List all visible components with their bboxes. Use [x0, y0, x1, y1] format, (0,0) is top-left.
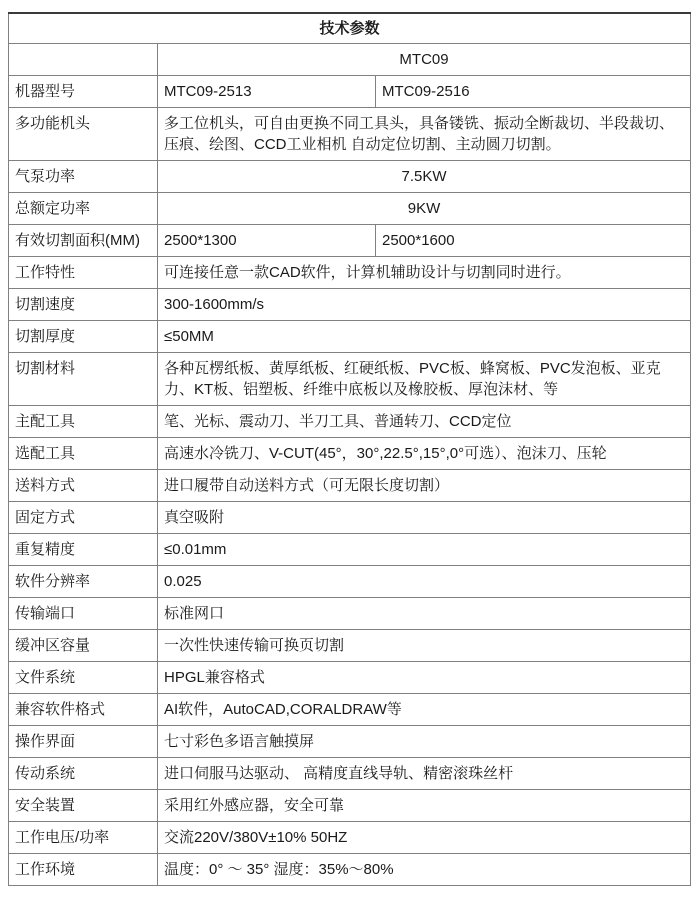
row-value: 一次性快速传输可换页切割 [158, 630, 691, 662]
row-label: 文件系统 [9, 662, 158, 694]
row-value: 笔、光标、震动刀、半刀工具、普通转刀、CCD定位 [158, 406, 691, 438]
row-label: 有效切割面积(MM) [9, 225, 158, 257]
row-label: 多功能机头 [9, 108, 158, 161]
row-value: 标准网口 [158, 598, 691, 630]
row-value: HPGL兼容格式 [158, 662, 691, 694]
table-title: 技术参数 [9, 13, 691, 44]
table-row: 固定方式真空吸附 [9, 502, 691, 534]
spec-table-body: MTC09机器型号MTC09-2513MTC09-2516多功能机头多工位机头，… [9, 44, 691, 886]
row-value: 采用红外感应器，安全可靠 [158, 790, 691, 822]
row-value-left: MTC09-2513 [158, 76, 376, 108]
row-label: 切割材料 [9, 353, 158, 406]
table-row: MTC09 [9, 44, 691, 76]
row-label: 缓冲区容量 [9, 630, 158, 662]
table-row: 文件系统HPGL兼容格式 [9, 662, 691, 694]
row-label [9, 44, 158, 76]
table-row: 送料方式进口履带自动送料方式（可无限长度切割） [9, 470, 691, 502]
page: 技术参数 MTC09机器型号MTC09-2513MTC09-2516多功能机头多… [0, 0, 700, 901]
table-row: 总额定功率9KW [9, 193, 691, 225]
table-row: 软件分辨率0.025 [9, 566, 691, 598]
spec-table-head: 技术参数 [9, 13, 691, 44]
table-row: 安全装置采用红外感应器，安全可靠 [9, 790, 691, 822]
table-row: 兼容软件格式AI软件，AutoCAD,CORALDRAW等 [9, 694, 691, 726]
row-value-left: 2500*1300 [158, 225, 376, 257]
table-row: 工作环境温度：0° ～ 35° 湿度：35%～80% [9, 854, 691, 886]
table-row: 缓冲区容量一次性快速传输可换页切割 [9, 630, 691, 662]
row-value: 多工位机头，可自由更换不同工具头，具备镂铣、振动全断裁切、半段裁切、压痕、绘图、… [158, 108, 691, 161]
table-title-row: 技术参数 [9, 13, 691, 44]
row-label: 工作特性 [9, 257, 158, 289]
row-label: 工作电压/功率 [9, 822, 158, 854]
row-value: AI软件，AutoCAD,CORALDRAW等 [158, 694, 691, 726]
table-row: 工作特性可连接任意一款CAD软件，计算机辅助设计与切割同时进行。 [9, 257, 691, 289]
table-row: 有效切割面积(MM)2500*13002500*1600 [9, 225, 691, 257]
row-label: 固定方式 [9, 502, 158, 534]
row-value: 7.5KW [158, 161, 691, 193]
table-row: 选配工具高速水冷铣刀、V-CUT(45°，30°,22.5°,15°,0°可选）… [9, 438, 691, 470]
row-value: ≤50MM [158, 321, 691, 353]
row-label: 兼容软件格式 [9, 694, 158, 726]
table-row: 重复精度≤0.01mm [9, 534, 691, 566]
row-value: ≤0.01mm [158, 534, 691, 566]
table-row: 切割速度300-1600mm/s [9, 289, 691, 321]
table-row: 工作电压/功率交流220V/380V±10% 50HZ [9, 822, 691, 854]
row-value-right: 2500*1600 [376, 225, 691, 257]
row-label: 送料方式 [9, 470, 158, 502]
row-value: 9KW [158, 193, 691, 225]
row-label: 切割厚度 [9, 321, 158, 353]
row-label: 机器型号 [9, 76, 158, 108]
row-value: MTC09 [158, 44, 691, 76]
row-label: 主配工具 [9, 406, 158, 438]
table-row: 传输端口标准网口 [9, 598, 691, 630]
row-label: 安全装置 [9, 790, 158, 822]
row-value: 300-1600mm/s [158, 289, 691, 321]
row-value: 各种瓦楞纸板、黄厚纸板、红硬纸板、PVC板、蜂窝板、PVC发泡板、亚克力、KT板… [158, 353, 691, 406]
row-label: 软件分辨率 [9, 566, 158, 598]
table-row: 气泵功率7.5KW [9, 161, 691, 193]
row-label: 重复精度 [9, 534, 158, 566]
row-label: 工作环境 [9, 854, 158, 886]
row-value: 七寸彩色多语言触摸屏 [158, 726, 691, 758]
row-value: 交流220V/380V±10% 50HZ [158, 822, 691, 854]
row-value: 进口伺服马达驱动、 高精度直线导轨、精密滚珠丝杆 [158, 758, 691, 790]
row-value: 高速水冷铣刀、V-CUT(45°，30°,22.5°,15°,0°可选）、泡沫刀… [158, 438, 691, 470]
row-value: 温度：0° ～ 35° 湿度：35%～80% [158, 854, 691, 886]
table-row: 主配工具笔、光标、震动刀、半刀工具、普通转刀、CCD定位 [9, 406, 691, 438]
row-value: 可连接任意一款CAD软件，计算机辅助设计与切割同时进行。 [158, 257, 691, 289]
spec-table: 技术参数 MTC09机器型号MTC09-2513MTC09-2516多功能机头多… [8, 12, 691, 886]
row-label: 选配工具 [9, 438, 158, 470]
row-label: 传输端口 [9, 598, 158, 630]
table-row: 切割厚度≤50MM [9, 321, 691, 353]
table-row: 多功能机头多工位机头，可自由更换不同工具头，具备镂铣、振动全断裁切、半段裁切、压… [9, 108, 691, 161]
table-row: 传动系统进口伺服马达驱动、 高精度直线导轨、精密滚珠丝杆 [9, 758, 691, 790]
row-value: 0.025 [158, 566, 691, 598]
table-row: 切割材料各种瓦楞纸板、黄厚纸板、红硬纸板、PVC板、蜂窝板、PVC发泡板、亚克力… [9, 353, 691, 406]
row-label: 传动系统 [9, 758, 158, 790]
row-value: 真空吸附 [158, 502, 691, 534]
row-label: 切割速度 [9, 289, 158, 321]
row-value: 进口履带自动送料方式（可无限长度切割） [158, 470, 691, 502]
row-label: 气泵功率 [9, 161, 158, 193]
row-label: 总额定功率 [9, 193, 158, 225]
table-row: 机器型号MTC09-2513MTC09-2516 [9, 76, 691, 108]
table-row: 操作界面七寸彩色多语言触摸屏 [9, 726, 691, 758]
row-label: 操作界面 [9, 726, 158, 758]
row-value-right: MTC09-2516 [376, 76, 691, 108]
